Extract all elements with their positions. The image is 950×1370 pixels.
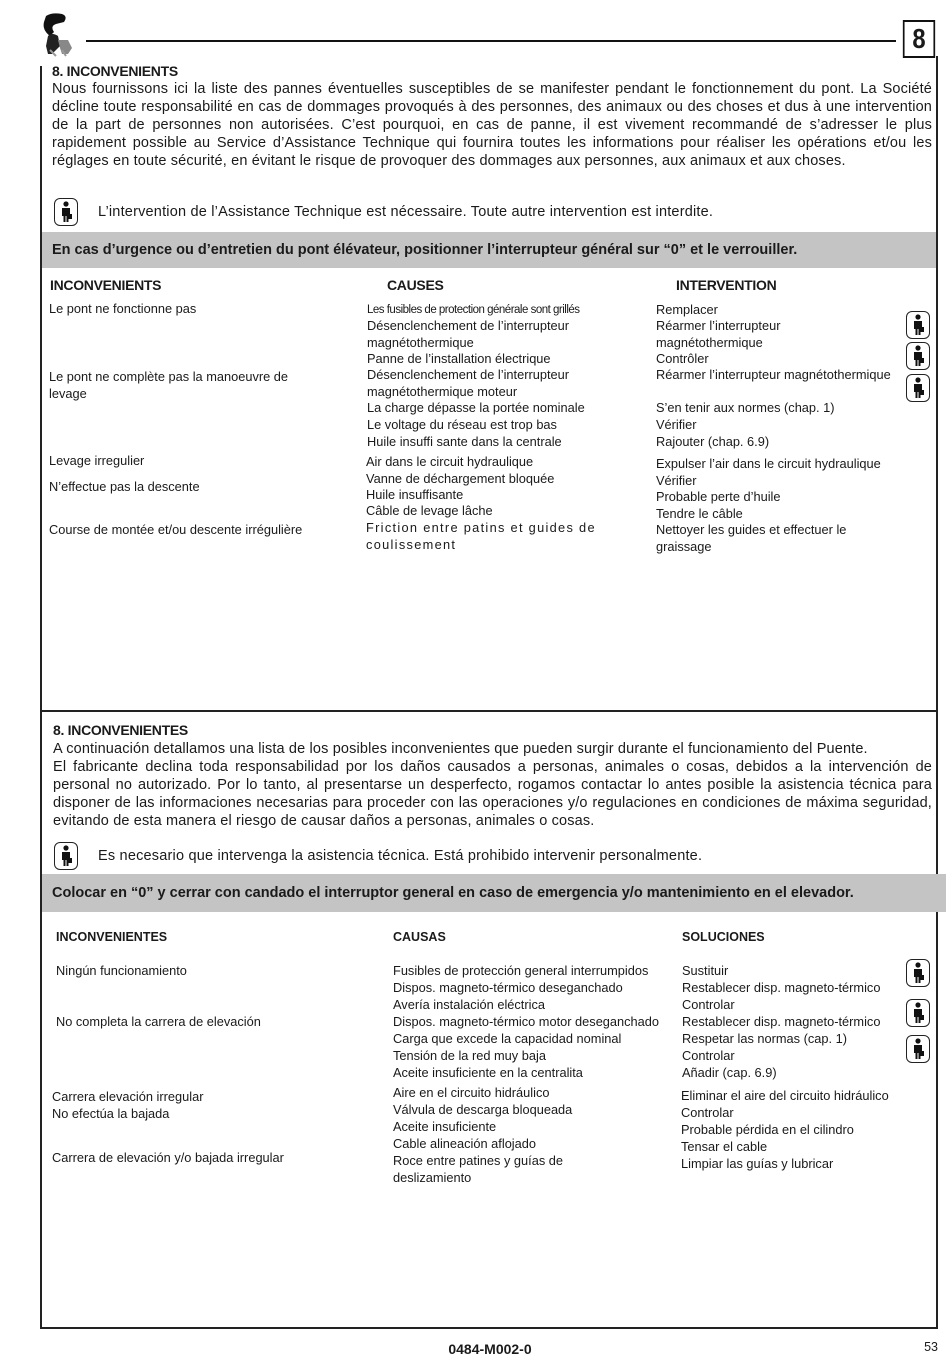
solution-cell: Añadir (cap. 6.9) xyxy=(682,1065,777,1082)
cause-cell: Les fusibles de protection générale sont… xyxy=(367,302,580,319)
cause-cell: Désenclenchement de l’interrupteur magné… xyxy=(367,318,607,351)
intervention-cell: Nettoyer les guides et effectuer le grai… xyxy=(656,522,896,555)
technician-icon xyxy=(906,1035,930,1063)
frame-right-border xyxy=(936,56,938,1328)
problem-cell: No completa la carrera de elevación xyxy=(56,1014,261,1031)
intervention-cell: Rajouter (chap. 6.9) xyxy=(656,434,769,451)
solution-cell: Sustituir xyxy=(682,963,728,980)
technician-note-fr: L’intervention de l’Assistance Technique… xyxy=(54,198,713,226)
intervention-cell: Vérifier xyxy=(656,473,697,490)
intervention-cell: Expulser l’air dans le circuit hydrauliq… xyxy=(656,456,881,473)
solution-cell: Restablecer disp. magneto-térmico xyxy=(682,980,880,997)
problem-cell: Course de montée et/ou descente irréguli… xyxy=(49,522,302,539)
cause-cell: Carga que excede la capacidad nominal xyxy=(393,1031,621,1048)
intervention-cell: Vérifier xyxy=(656,417,697,434)
solution-cell: Eliminar el aire del circuito hidráulico xyxy=(681,1088,889,1105)
cause-cell: Le voltage du réseau est trop bas xyxy=(367,417,557,434)
section-title-fr: 8. INCONVENIENTS xyxy=(52,63,178,79)
safety-banner-es: Colocar en “0” y cerrar con candado el i… xyxy=(42,874,946,912)
cause-cell: Aceite insuficiente en la centralita xyxy=(393,1065,583,1082)
technician-icon xyxy=(906,959,930,987)
cause-cell: Panne de l’installation électrique xyxy=(367,351,551,368)
intervention-cell: Probable perte d’huile xyxy=(656,489,781,506)
problem-cell: Carrera elevación irregular xyxy=(52,1089,204,1106)
cause-cell: Aceite insuficiente xyxy=(393,1119,496,1136)
cause-cell: Huile insuffi sante dans la centrale xyxy=(367,434,562,451)
cause-cell: Air dans le circuit hydraulique xyxy=(366,454,533,471)
intro-paragraph-es: El fabricante declina toda responsabilid… xyxy=(53,758,932,830)
cause-cell: Huile insuffisante xyxy=(366,487,463,504)
technician-icon xyxy=(906,342,930,370)
cause-cell: Válvula de descarga bloqueada xyxy=(393,1102,572,1119)
column-header-causes: CAUSAS xyxy=(393,930,446,944)
solution-cell: Limpiar las guías y lubricar xyxy=(681,1156,833,1173)
column-header-intervention: INTERVENTION xyxy=(676,277,776,293)
section-divider xyxy=(40,710,938,712)
technician-icon xyxy=(906,374,930,402)
column-header-solutions: SOLUCIONES xyxy=(682,930,765,944)
column-header-causes: CAUSES xyxy=(387,277,444,293)
cause-cell: Dispos. magneto-térmico motor desegancha… xyxy=(393,1014,659,1031)
technician-icon xyxy=(906,999,930,1027)
frame-bottom-border xyxy=(40,1327,938,1329)
intervention-cell: S’en tenir aux normes (chap. 1) xyxy=(656,400,835,417)
column-header-problems: INCONVENIENTS xyxy=(50,277,161,293)
cause-cell: Friction entre patins et guides de couli… xyxy=(366,520,616,553)
technician-note-es: Es necesario que intervenga la asistenci… xyxy=(54,842,702,870)
section-title-es: 8. INCONVENIENTES xyxy=(53,722,188,738)
solution-cell: Respetar las normas (cap. 1) xyxy=(682,1031,847,1048)
header-rule xyxy=(86,40,896,42)
brand-logo xyxy=(38,10,80,58)
intervention-cell: Remplacer xyxy=(656,302,718,319)
technician-note-text: Es necesario que intervenga la asistenci… xyxy=(98,848,702,864)
intervention-cell: Tendre le câble xyxy=(656,506,743,523)
solution-cell: Controlar xyxy=(682,1048,735,1065)
cause-cell: Cable alineación aflojado xyxy=(393,1136,536,1153)
intervention-cell: Contrôler xyxy=(656,351,709,368)
cause-cell: Fusibles de protección general interrump… xyxy=(393,963,648,980)
intervention-cell: Réarmer l’interrupteur magnétothermique xyxy=(656,318,816,351)
cause-cell: Aire en el circuito hidráulico xyxy=(393,1085,549,1102)
solution-cell: Controlar xyxy=(681,1105,734,1122)
problem-cell: Carrera de elevación y/o bajada irregula… xyxy=(52,1150,284,1167)
cause-cell: Désenclenchement de l’interrupteur magné… xyxy=(367,367,607,400)
cause-cell: Vanne de déchargement bloquée xyxy=(366,471,554,488)
cause-cell: La charge dépasse la portée nominale xyxy=(367,400,585,417)
solution-cell: Restablecer disp. magneto-térmico xyxy=(682,1014,880,1031)
problem-cell: Le pont ne fonctionne pas xyxy=(49,301,196,318)
cause-cell: Câble de levage lâche xyxy=(366,503,493,520)
problem-cell: Ningún funcionamiento xyxy=(56,963,187,980)
technician-icon xyxy=(54,198,78,226)
intervention-cell: Réarmer l’interrupteur magnétothermique xyxy=(656,367,891,384)
intro-paragraph-es-line1: A continuación detallamos una lista de l… xyxy=(53,740,933,758)
safety-banner-fr: En cas d’urgence ou d’entretien du pont … xyxy=(42,232,936,268)
technician-note-text: L’intervention de l’Assistance Technique… xyxy=(98,204,713,220)
solution-cell: Tensar el cable xyxy=(681,1139,767,1156)
cause-cell: Roce entre patines y guías de deslizamie… xyxy=(393,1153,603,1186)
problem-cell: No efectúa la bajada xyxy=(52,1106,169,1123)
problem-cell: N’effectue pas la descente xyxy=(49,479,200,496)
cause-cell: Dispos. magneto-térmico deseganchado xyxy=(393,980,623,997)
document-code: 0484-M002-0 xyxy=(0,1341,950,1357)
problem-cell: Levage irregulier xyxy=(49,453,144,470)
cause-cell: Tensión de la red muy baja xyxy=(393,1048,546,1065)
technician-icon xyxy=(54,842,78,870)
solution-cell: Controlar xyxy=(682,997,735,1014)
column-header-problems: INCONVENIENTES xyxy=(56,930,167,944)
intro-paragraph-fr: Nous fournissons ici la liste des pannes… xyxy=(52,80,932,170)
problem-cell: Le pont ne complète pas la manoeuvre de … xyxy=(49,369,329,402)
solution-cell: Probable pérdida en el cilindro xyxy=(681,1122,854,1139)
page-number: 53 xyxy=(924,1340,938,1354)
technician-icon xyxy=(906,311,930,339)
cause-cell: Avería instalación eléctrica xyxy=(393,997,545,1014)
chapter-number: 8 xyxy=(903,20,935,58)
